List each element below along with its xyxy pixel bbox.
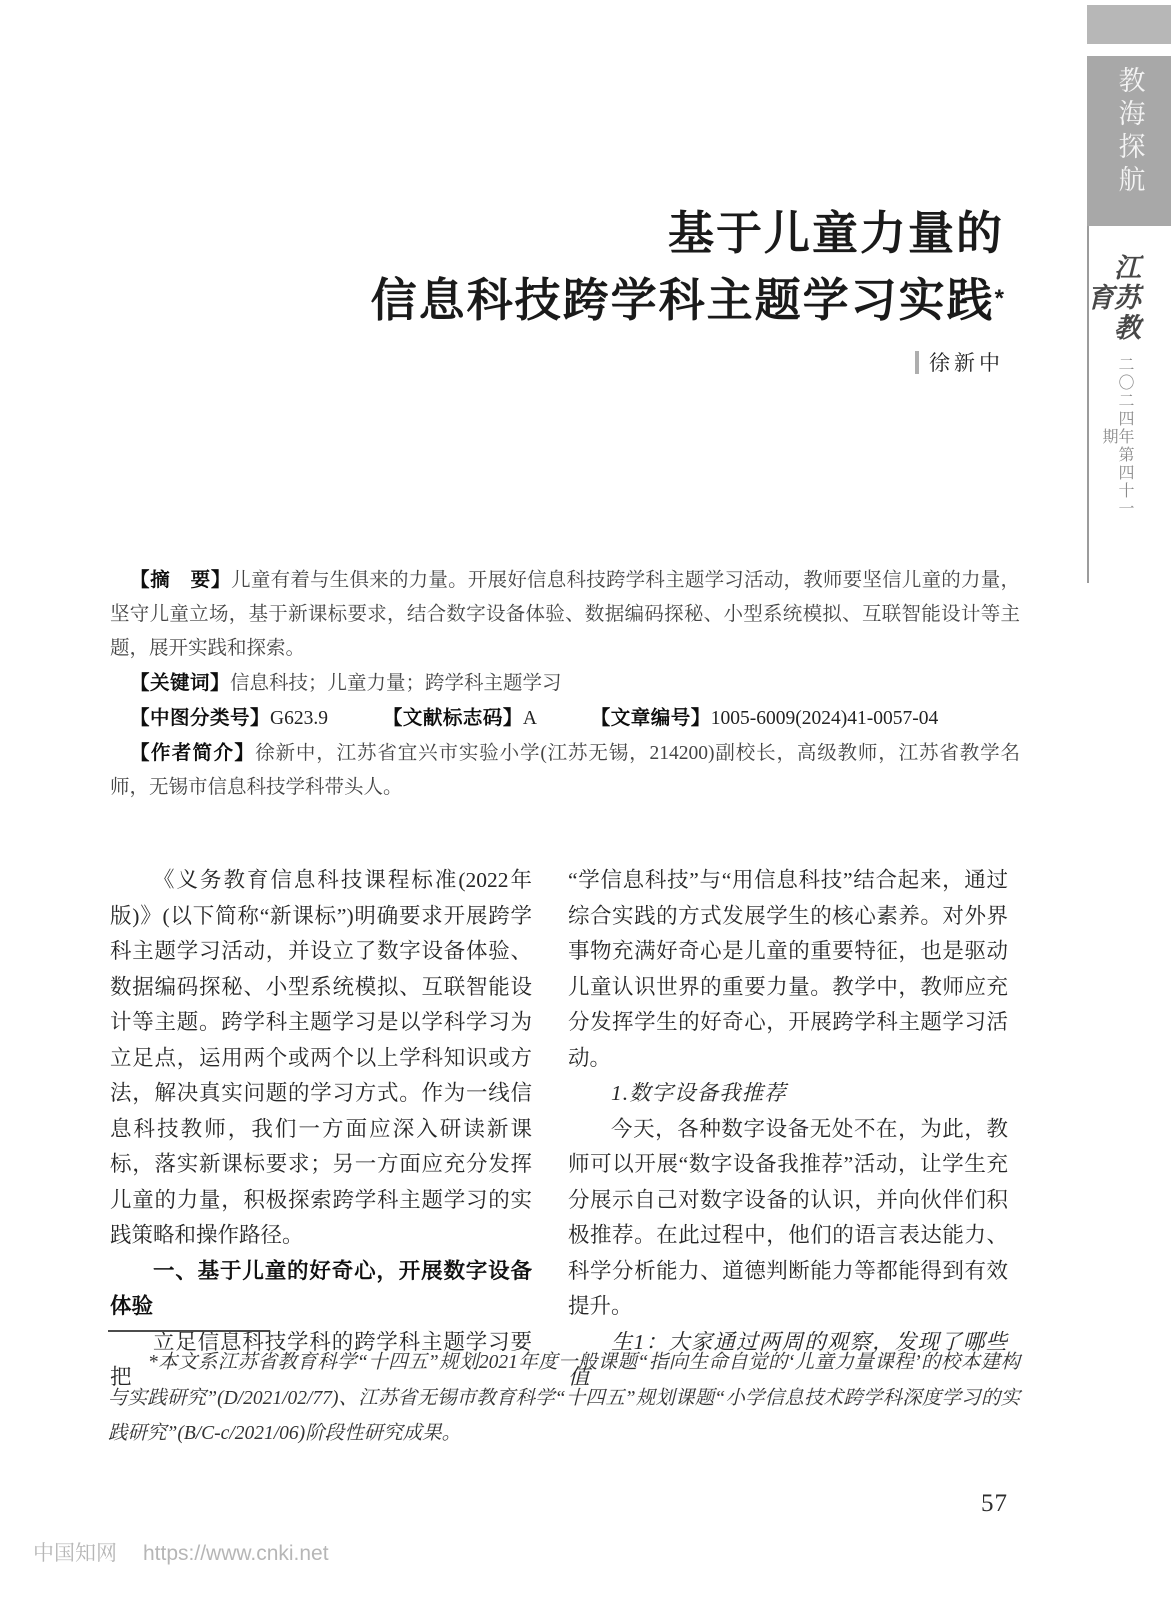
paragraph: “学信息科技”与“用信息科技”结合起来，通过综合实践的方式发展学生的核心素养。对… [568, 863, 1008, 1076]
author-byline: 徐新中 [915, 347, 1004, 377]
front-matter: 【摘 要】儿童有着与生俱来的力量。开展好信息科技跨学科主题学习活动，教师要坚信儿… [110, 563, 1020, 805]
abstract-label: 【摘 要】 [130, 569, 231, 591]
author-bio-label: 【作者简介】 [130, 742, 255, 764]
section-banner: 教海探航 [1087, 56, 1171, 226]
title-line-1: 基于儿童力量的 [244, 200, 1004, 267]
journal-page: 教海探航 江苏教育 二〇二四年第四十一期 基于儿童力量的 信息科技跨学科主题学习… [0, 0, 1171, 1600]
footnote: *本文系江苏省教育科学“十四五”规划2021年度一般课题“指向生命自觉的‘儿童力… [108, 1330, 1020, 1452]
clc-label: 【中图分类号】 [130, 707, 270, 729]
keywords-label: 【关键词】 [130, 672, 230, 694]
article-id-label: 【文章编号】 [591, 707, 711, 729]
article-title: 基于儿童力量的 信息科技跨学科主题学习实践* [244, 200, 1004, 334]
abstract-text: 儿童有着与生俱来的力量。开展好信息科技跨学科主题学习活动，教师要坚信儿童的力量，… [110, 570, 1020, 659]
keywords-row: 【关键词】信息科技；儿童力量；跨学科主题学习 [110, 666, 1020, 701]
page-number: 57 [981, 1490, 1008, 1518]
paragraph: 今天，各种数字设备无处不在，为此，教师可以开展“数字设备我推荐”活动，让学生充分… [568, 1112, 1008, 1325]
sub-heading: 1.数字设备我推荐 [568, 1076, 1008, 1112]
keywords-text: 信息科技；儿童力量；跨学科主题学习 [230, 673, 562, 694]
footnote-text: *本文系江苏省教育科学“十四五”规划2021年度一般课题“指向生命自觉的‘儿童力… [108, 1345, 1020, 1452]
body-column-left: 《义务教育信息科技课程标准(2022年版)》(以下简称“新课标”)明确要求开展跨… [110, 863, 532, 1396]
doc-code-label: 【文献标志码】 [383, 707, 523, 729]
footnote-asterisk: * [995, 285, 1004, 312]
doc-code-group: 【文献标志码】A [383, 708, 536, 729]
paragraph: 《义务教育信息科技课程标准(2022年版)》(以下简称“新课标”)明确要求开展跨… [110, 863, 532, 1254]
classification-row: 【中图分类号】G623.9 【文献标志码】A 【文章编号】1005-6009(2… [110, 701, 1020, 736]
section-label: 教海探航 [1116, 66, 1143, 198]
body-column-right: “学信息科技”与“用信息科技”结合起来，通过综合实践的方式发展学生的核心素养。对… [568, 863, 1008, 1396]
section-heading: 一、基于儿童的好奇心，开展数字设备体验 [110, 1254, 532, 1325]
journal-issue-info: 二〇二四年第四十一期 [1096, 352, 1132, 522]
sidebar-top-block [1087, 5, 1171, 44]
article-id-group: 【文章编号】1005-6009(2024)41-0057-04 [591, 708, 938, 729]
title-line-2: 信息科技跨学科主题学习实践* [244, 267, 1004, 334]
author-name: 徐新中 [929, 347, 1004, 377]
clc-value: G623.9 [270, 708, 328, 729]
sidebar-divider-line [1087, 226, 1089, 583]
author-bio-row: 【作者简介】徐新中，江苏省宜兴市实验小学(江苏无锡，214200)副校长，高级教… [110, 736, 1020, 805]
article-id-value: 1005-6009(2024)41-0057-04 [711, 708, 938, 729]
journal-name-calligraphy: 江苏教育 [1090, 243, 1138, 353]
clc-group: 【中图分类号】G623.9 [130, 708, 328, 729]
footnote-divider [108, 1330, 270, 1332]
doc-code-value: A [523, 708, 536, 729]
abstract-row: 【摘 要】儿童有着与生俱来的力量。开展好信息科技跨学科主题学习活动，教师要坚信儿… [110, 563, 1020, 666]
watermark-footer: 中国知网https://www.cnki.net [33, 1537, 329, 1567]
cnki-url-link[interactable]: https://www.cnki.net [143, 1542, 329, 1565]
cnki-brand: 中国知网 [33, 1542, 117, 1565]
author-bar-decoration [915, 351, 919, 374]
